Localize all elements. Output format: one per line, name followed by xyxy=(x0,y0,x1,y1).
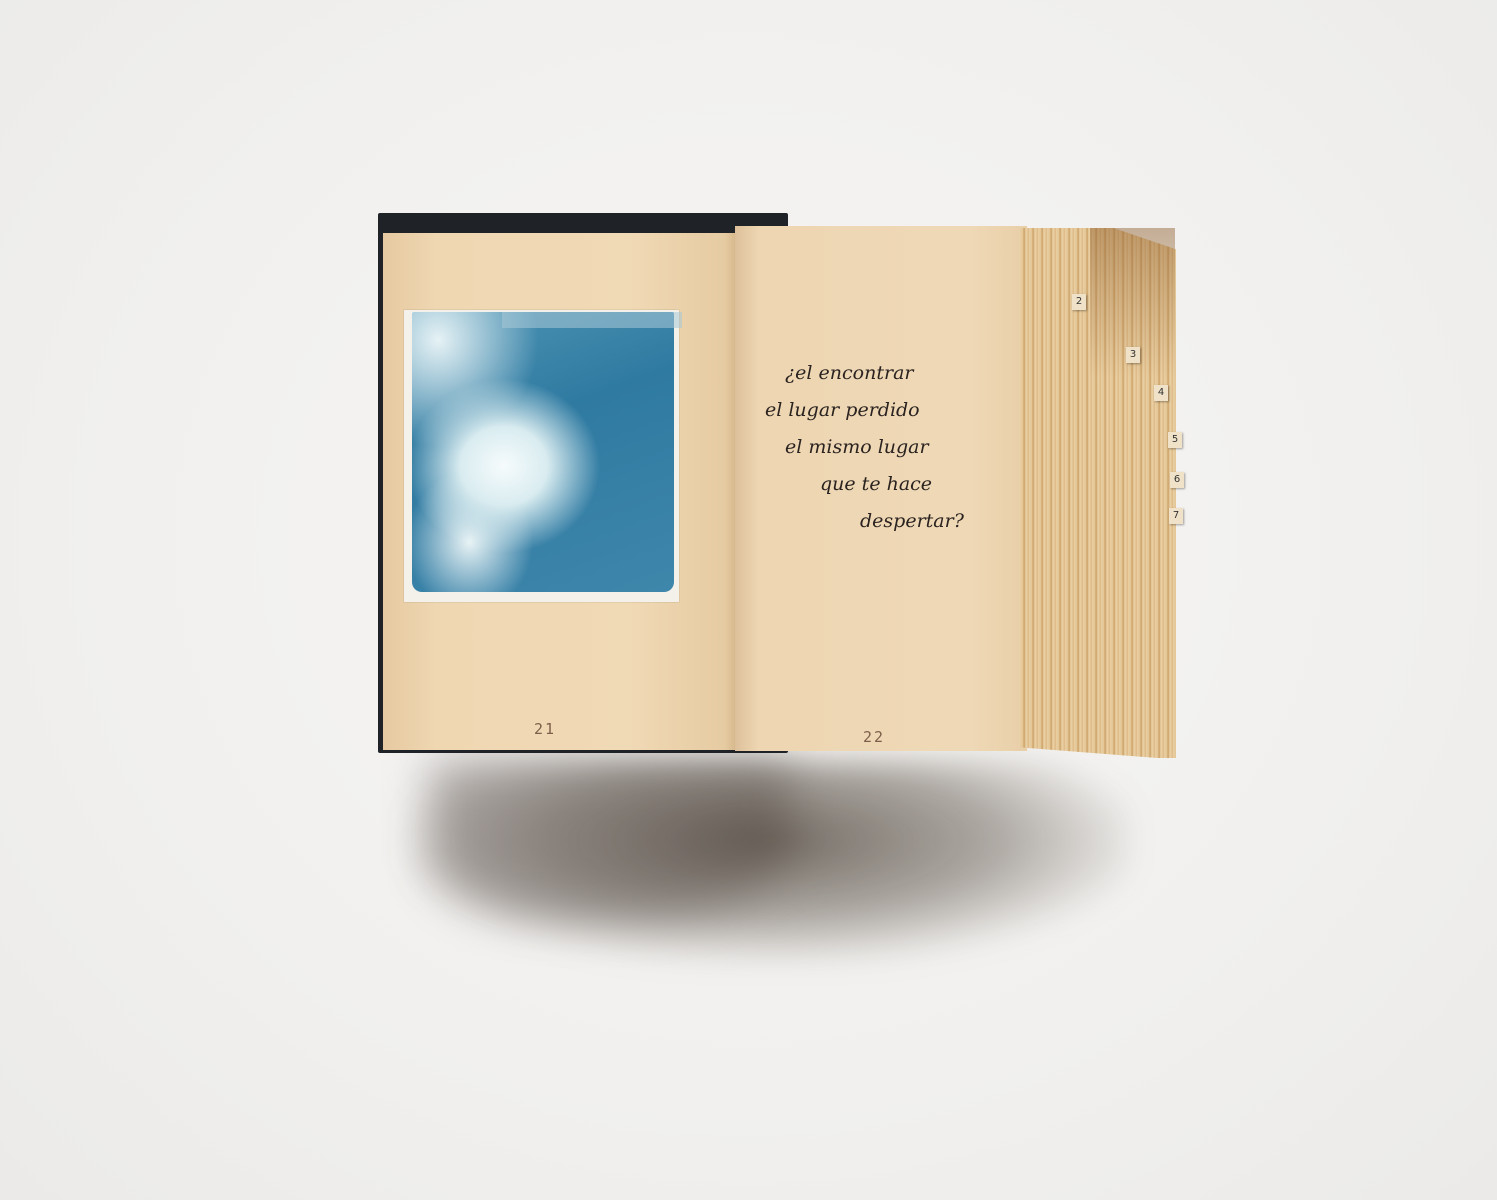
index-tab[interactable]: 5 xyxy=(1168,432,1182,448)
index-tab[interactable]: 2 xyxy=(1072,294,1086,310)
verse-line: despertar? xyxy=(760,503,1000,540)
verse-line: el lugar perdido xyxy=(760,392,1000,429)
index-tab[interactable]: 4 xyxy=(1154,385,1168,401)
page-number-right: 22 xyxy=(863,728,885,746)
index-tab[interactable]: 6 xyxy=(1170,472,1184,488)
cyanotype-photo xyxy=(404,310,679,602)
verse-line: ¿el encontrar xyxy=(760,355,1000,392)
index-tab[interactable]: 7 xyxy=(1169,508,1183,524)
photo-tape xyxy=(502,312,682,328)
page-number-left: 21 xyxy=(534,720,556,738)
index-tab[interactable]: 3 xyxy=(1126,347,1140,363)
verse-line: que te hace xyxy=(760,466,1000,503)
photo-image xyxy=(412,312,674,592)
handwritten-verse: ¿el encontrar el lugar perdido el mismo … xyxy=(760,355,1000,540)
book-shadow xyxy=(410,760,1130,960)
verse-line: el mismo lugar xyxy=(760,429,1000,466)
